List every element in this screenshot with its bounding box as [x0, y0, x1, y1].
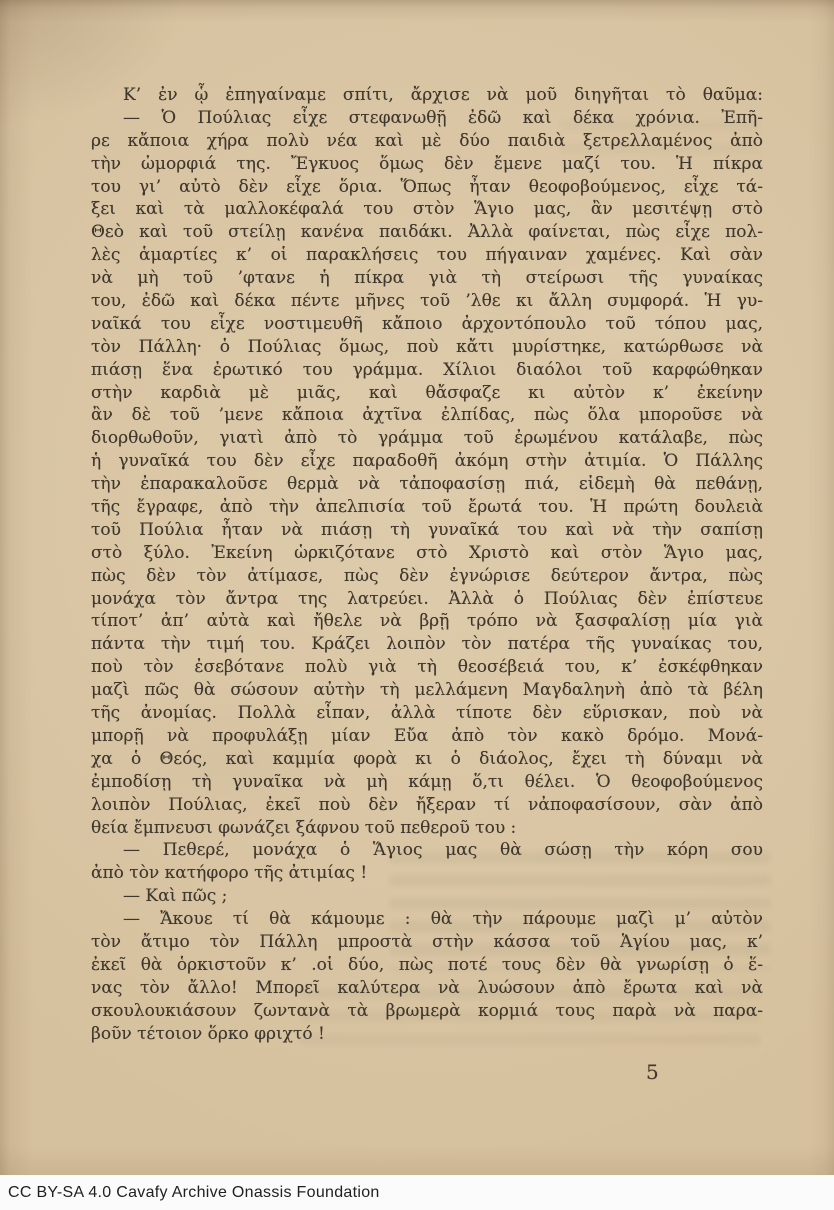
text-line: του γι’ αὐτὸ δὲν εἶχε ὅρια. Ὅπως ἦταν θε… [91, 176, 763, 199]
text-line: μαζὶ πῶς θὰ σώσουν αὐτὴν τὴ μελλάμενη Μα… [91, 679, 763, 702]
text-line: πὼς δὲν τὸν ἀτίμασε, πὼς δὲν ἐγνώρισε δε… [91, 565, 763, 588]
text-line: ἡ γυναῖκά του δὲν εἶχε παραδοθῆ ἀκόμη στ… [91, 450, 763, 473]
text-line: στὴν καρδιὰ μὲ μιᾶς, καὶ θἄσφαζε κι αὐτὸ… [91, 382, 763, 405]
text-line: λὲς ἁμαρτίες κ’ οἱ παρακλήσεις του πήγαι… [91, 244, 763, 267]
text-block: Κ’ ἐν ᾧ ἐπηγαίναμε σπίτι, ἄρχισε νὰ μοῦ … [91, 84, 763, 1045]
text-line: — Ἄκουε τί θὰ κάμουμε : θὰ τὴν πάρουμε μ… [91, 908, 763, 931]
text-line: μονάχα τὸν ἄντρα της λατρεύει. Ἀλλὰ ὁ Πο… [91, 588, 763, 611]
text-line: ρε κἄποια χήρα πολὺ νέα καὶ μὲ δύο παιδι… [91, 130, 763, 153]
license-text: CC BY-SA 4.0 Cavafy Archive Onassis Foun… [0, 1175, 380, 1210]
text-line: τὸν ἄτιμο τὸν Πάλλη μπροστὰ στὴν κάσσα τ… [91, 931, 763, 954]
text-line: βοῦν τέτοιον ὅρκο φριχτό ! [91, 1023, 763, 1046]
text-line: Θεὸ καὶ τοῦ στείλῃ κανένα παιδάκι. Ἀλλὰ … [91, 221, 763, 244]
text-line: ἀπὸ τὸν κατήφορο τῆς ἀτιμίας ! [91, 862, 763, 885]
text-line: νὰ μὴ τοῦ ’φτανε ἡ πίκρα γιὰ τὴ στείρωσι… [91, 267, 763, 290]
text-line: θεία ἔμπνευσι φωνάζει ξάφνου τοῦ πεθεροῦ… [91, 817, 763, 840]
text-line: — Καὶ πῶς ; [91, 885, 763, 908]
text-line: τὸν Πάλλη· ὁ Πούλιας ὅμως, ποὺ κἄτι μυρί… [91, 336, 763, 359]
text-line: στὸ ξύλο. Ἐκείνη ὡρκιζότανε στὸ Χριστὸ κ… [91, 542, 763, 565]
text-line: μπορῇ νὰ προφυλάξῃ μίαν Εὔα ἀπὸ τὸν κακὸ… [91, 725, 763, 748]
text-line: — Ὁ Πούλιας εἶχε στεφανωθῇ ἐδῶ καὶ δέκα … [91, 107, 763, 130]
text-line: πάντα τὴν τιμή του. Κράζει λοιπὸν τὸν πα… [91, 633, 763, 656]
text-line: ἐμποδίσῃ τὴ γυναῖκα νὰ μὴ κάμῃ ὅ,τι θέλε… [91, 771, 763, 794]
text-line: τῆς ἔγραφε, ἀπὸ τὴν ἀπελπισία τοῦ ἔρωτά … [91, 496, 763, 519]
text-line: νας τὸν ἄλλο! Μπορεῖ καλύτερα νὰ λυώσουν… [91, 977, 763, 1000]
text-line: λοιπὸν Πούλιας, ἐκεῖ ποὺ δὲν ἤξεραν τί ν… [91, 794, 763, 817]
text-line: τῆς ἀνομίας. Πολλὰ εἶπαν, ἀλλὰ τίποτε δὲ… [91, 702, 763, 725]
text-line: ναῖκά του εἶχε νοστιμευθῆ κἄποιο ἀρχοντό… [91, 313, 763, 336]
text-line: ξει καὶ τὰ μαλλοκέφαλά του στὸν Ἅγιο μας… [91, 198, 763, 221]
text-line: σκουλουκιάσουν ζωντανὰ τὰ βρωμερὰ κορμιά… [91, 1000, 763, 1023]
text-line: τὴν ἐπαρακαλοῦσε θερμὰ νὰ τἀποφασίσῃ πιά… [91, 473, 763, 496]
page-number: 5 [646, 1060, 659, 1084]
text-line: τὴν ὠμορφιά της. Ἔγκυος ὅμως δὲν ἔμενε μ… [91, 153, 763, 176]
text-line: διορθωθοῦν, γιατὶ ἀπὸ τὸ γράμμα τοῦ ἐρωμ… [91, 427, 763, 450]
text-line: χα ὁ Θεός, καὶ καμμία φορὰ κι ὁ διάολος,… [91, 748, 763, 771]
text-line: ἂν δὲ τοῦ ’μενε κἄποια ἀχτῖνα ἐλπίδας, π… [91, 404, 763, 427]
text-line: ποὺ τὸν ἐσεβότανε πολὺ γιὰ τὴ θεοσέβειά … [91, 656, 763, 679]
text-line: Κ’ ἐν ᾧ ἐπηγαίναμε σπίτι, ἄρχισε νὰ μοῦ … [91, 84, 763, 107]
text-line: τοῦ Πούλια ἦταν νὰ πιάσῃ τὴ γυναῖκά του … [91, 519, 763, 542]
scanned-book-page: Κ’ ἐν ᾧ ἐπηγαίναμε σπίτι, ἄρχισε νὰ μοῦ … [0, 0, 834, 1210]
text-line: του, ἐδῶ καὶ δέκα πέντε μῆνες τοῦ ’λθε κ… [91, 290, 763, 313]
paper-scan: Κ’ ἐν ᾧ ἐπηγαίναμε σπίτι, ἄρχισε νὰ μοῦ … [0, 0, 834, 1175]
text-line: πιάσῃ ἕνα ἐρωτικό του γράμμα. Χίλιοι δια… [91, 359, 763, 382]
text-line: τίποτ’ ἀπ’ αὐτὰ καὶ ἤθελε νὰ βρῇ τρόπο ν… [91, 610, 763, 633]
text-line: — Πεθερέ, μονάχα ὁ Ἅγιος μας θὰ σώσῃ τὴν… [91, 839, 763, 862]
attribution-bar: CC BY-SA 4.0 Cavafy Archive Onassis Foun… [0, 1175, 834, 1210]
text-line: ἐκεῖ θὰ ὁρκιστοῦν κ’ .οἱ δύο, πὼς ποτέ τ… [91, 954, 763, 977]
